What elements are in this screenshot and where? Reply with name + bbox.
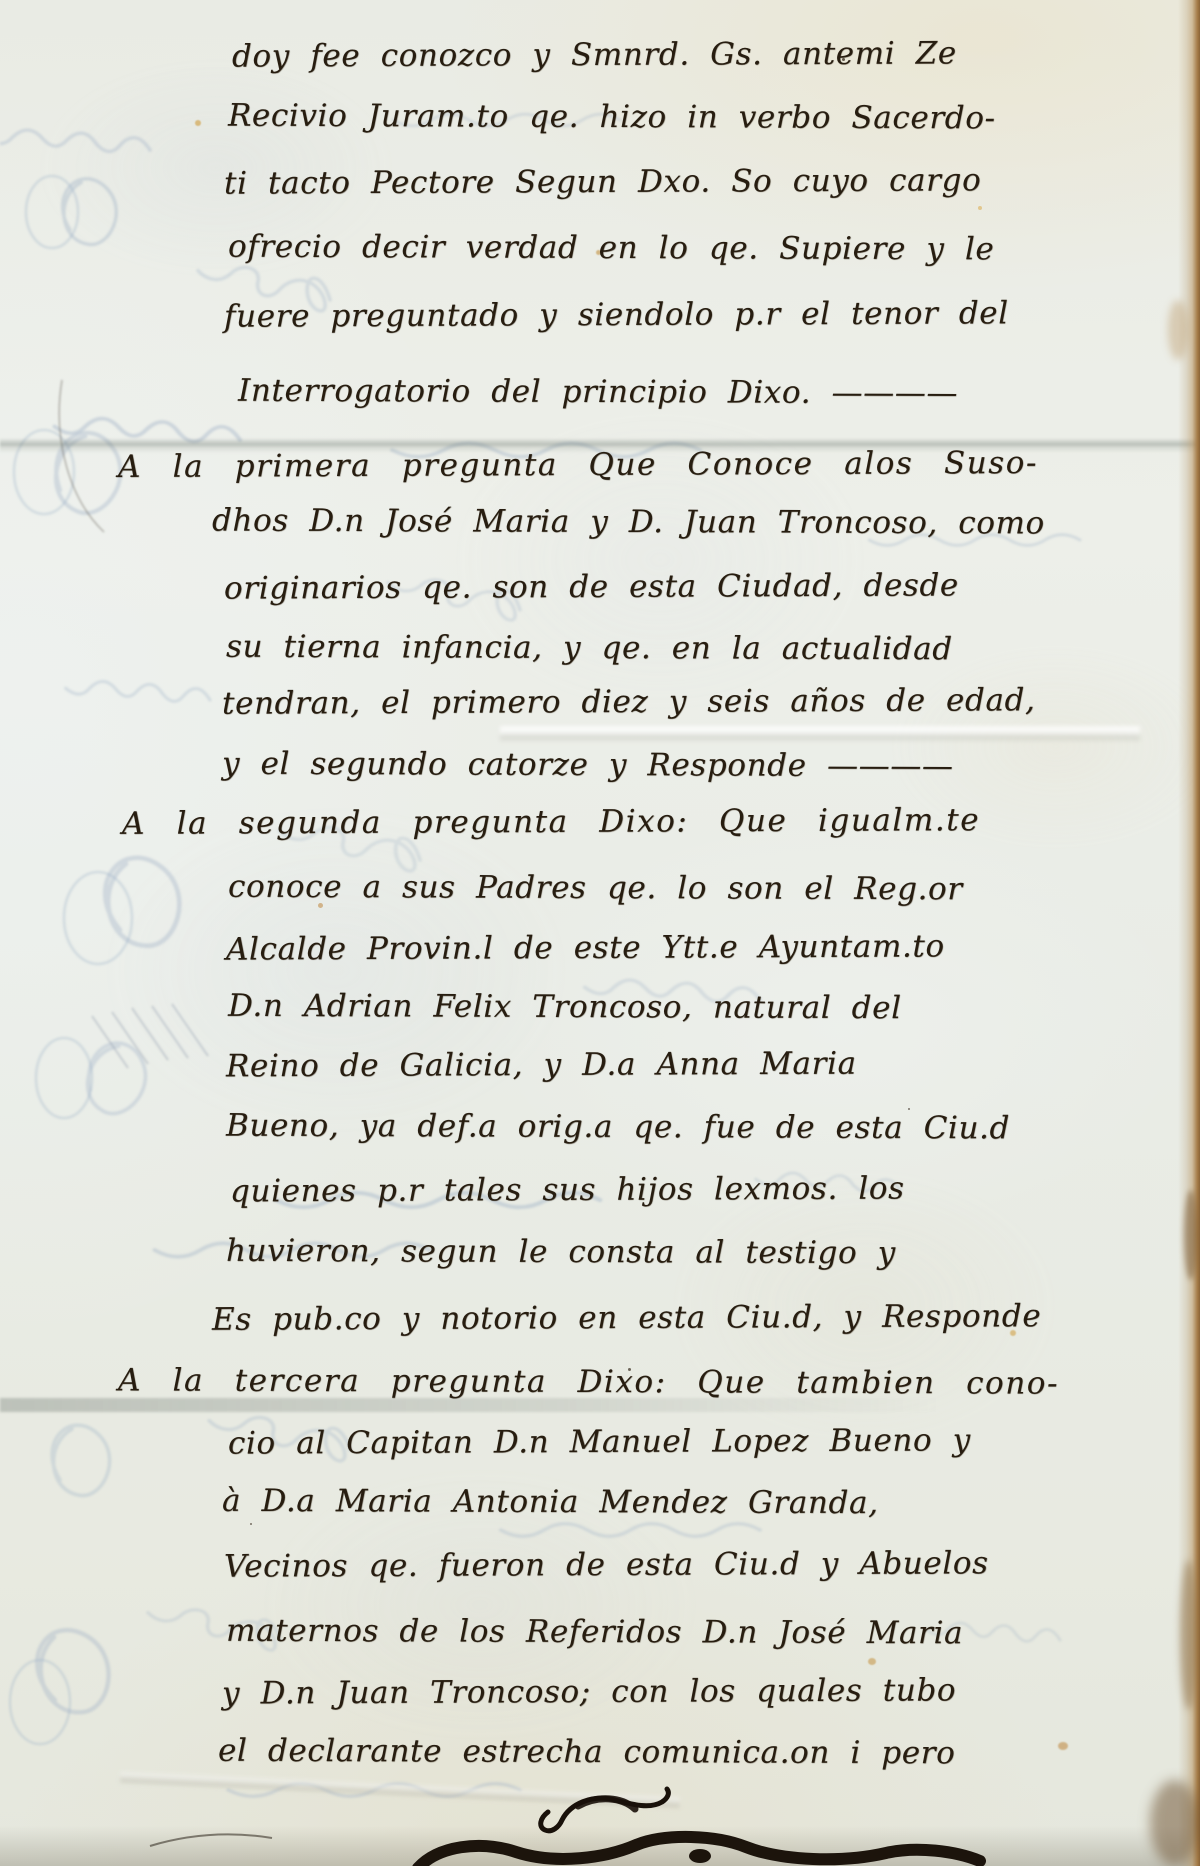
manuscript-line-22: A la tercera pregunta Dixo: Que tambien … — [118, 1363, 1059, 1402]
manuscript-line-18: Bueno, ya def.a orig.a qe. fue de esta C… — [226, 1109, 1010, 1147]
manuscript-line-6: Interrogatorio del principio Dixo. ———— — [238, 374, 958, 412]
manuscript-line-12: y el segundo catorze y Responde ———— — [222, 747, 954, 785]
manuscript-line-21: Es pub.co y notorio en esta Ciu.d, y Res… — [212, 1299, 1041, 1338]
manuscript-line-23: cio al Capitan D.n Manuel Lopez Bueno y — [228, 1423, 971, 1462]
manuscript-line-14: conoce a sus Padres qe. lo son el Reg.or — [228, 870, 963, 908]
manuscript-text-block: doy fee conozco y Smnrd. Gs. antemi Ze R… — [0, 0, 1200, 1866]
manuscript-line-4: ofrecio decir verdad en lo qe. Supiere y… — [228, 230, 995, 268]
manuscript-line-8: dhos D.n José Maria y D. Juan Troncoso, … — [212, 504, 1045, 543]
manuscript-line-7: A la primera pregunta Que Conoce alos Su… — [118, 446, 1038, 486]
manuscript-line-16: D.n Adrian Felix Troncoso, natural del — [228, 989, 902, 1027]
manuscript-line-15: Alcalde Provin.l de este Ytt.e Ayuntam.t… — [226, 929, 945, 968]
manuscript-line-20: huvieron, segun le consta al testigo y — [226, 1234, 896, 1272]
manuscript-line-1: doy fee conozco y Smnrd. Gs. antemi Ze — [232, 36, 957, 75]
manuscript-line-25: Vecinos qe. fueron de esta Ciu.d y Abuel… — [224, 1546, 989, 1585]
manuscript-line-28: el declarante estrecha comunica.on i per… — [218, 1734, 956, 1772]
manuscript-line-24: à D.a Maria Antonia Mendez Granda, — [222, 1484, 879, 1522]
manuscript-line-11: tendran, el primero diez y seis años de … — [222, 683, 1036, 722]
manuscript-line-5: fuere preguntado y siendolo p.r el tenor… — [224, 296, 1009, 335]
manuscript-line-19: quienes p.r tales sus hijos lexmos. los — [230, 1172, 905, 1211]
manuscript-line-2: Recivio Juram.to qe. hizo in verbo Sacer… — [228, 99, 996, 137]
manuscript-line-9: originarios qe. son de esta Ciudad, desd… — [224, 568, 959, 607]
manuscript-line-13: A la segunda pregunta Dixo: Que igualm.t… — [122, 803, 980, 842]
manuscript-page: doy fee conozco y Smnrd. Gs. antemi Ze R… — [0, 0, 1200, 1866]
manuscript-line-17: Reino de Galicia, y D.a Anna Maria — [226, 1047, 857, 1085]
manuscript-line-26: maternos de los Referidos D.n José Maria — [226, 1614, 963, 1652]
manuscript-line-10: su tierna infancia, y qe. en la actualid… — [226, 630, 953, 668]
manuscript-line-3: ti tacto Pectore Segun Dxo. So cuyo carg… — [224, 163, 981, 202]
manuscript-line-27: y D.n Juan Troncoso; con los quales tubo — [222, 1673, 956, 1712]
